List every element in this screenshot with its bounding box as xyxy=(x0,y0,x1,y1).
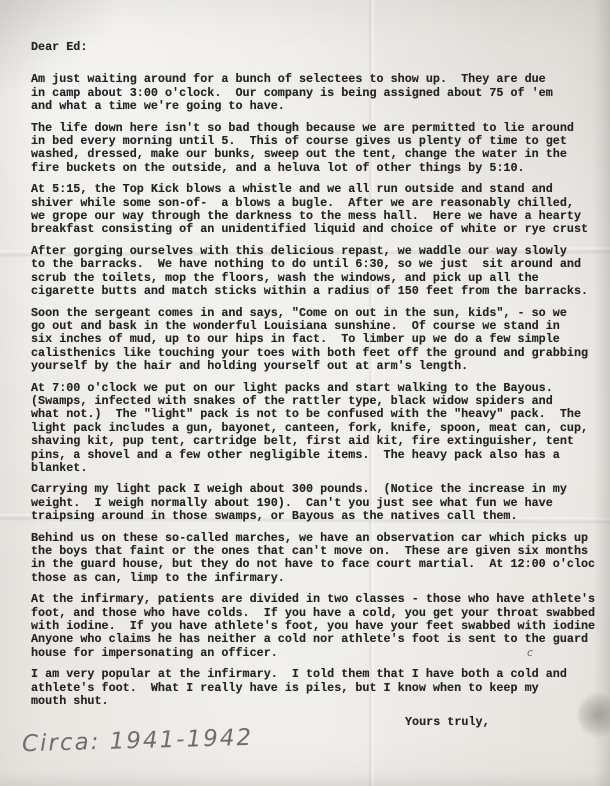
letter-paragraph: I am very popular at the infirmary. I to… xyxy=(31,668,610,708)
closing: Yours truly, xyxy=(405,716,610,729)
letter-paragraph: After gorging ourselves with this delici… xyxy=(31,245,610,299)
letter-paragraph: At 5:15, the Top Kick blows a whistle an… xyxy=(31,183,610,237)
letter-paragraph: At 7:00 o'clock we put on our light pack… xyxy=(31,382,610,476)
salutation: Dear Ed: xyxy=(31,41,610,54)
pencil-mark: c xyxy=(527,646,533,659)
letter-paragraph: Carrying my light pack I weigh about 300… xyxy=(31,483,610,523)
paper-edge-shadow-bottom xyxy=(0,772,610,786)
pencil-annotation: Circa: 1941-1942 xyxy=(22,725,254,757)
letter-body: Dear Ed: Am just waiting around for a bu… xyxy=(0,0,610,730)
letter-paragraph: The life down here isn't so bad though b… xyxy=(31,122,610,176)
letter-paragraph: Behind us on these so-called marches, we… xyxy=(31,532,610,586)
letter-paragraph: At the infirmary, patients are divided i… xyxy=(31,593,610,660)
scanned-letter: Dear Ed: Am just waiting around for a bu… xyxy=(0,0,610,786)
letter-paragraph: Soon the sergeant comes in and says, "Co… xyxy=(31,307,610,374)
letter-paragraph: Am just waiting around for a bunch of se… xyxy=(31,73,610,113)
